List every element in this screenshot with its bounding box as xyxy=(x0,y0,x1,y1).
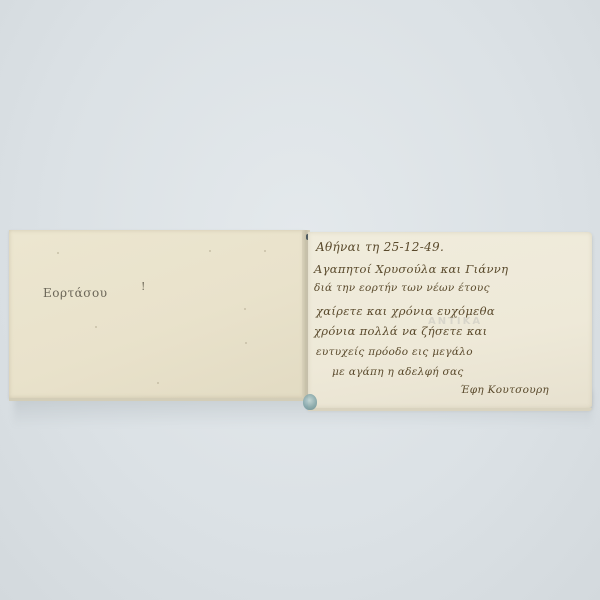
paper-speck xyxy=(264,250,266,252)
letter-line: διά την εορτήν των νέων έτους xyxy=(314,282,490,294)
photo-scene: Εορτάσου ! ΑΝΤΙΚΑ Αθήναι τη 25-12-49. Αγ… xyxy=(0,0,600,600)
greeting-card: Εορτάσου ! ΑΝΤΙΚΑ Αθήναι τη 25-12-49. Αγ… xyxy=(9,228,593,416)
ribbon-tassel xyxy=(303,394,317,410)
letter-line: με αγάπη η αδελφή σας xyxy=(332,366,464,378)
paper-speck xyxy=(244,308,246,310)
paper-speck xyxy=(57,252,59,254)
paper-speck xyxy=(157,382,159,384)
letter-line: Αγαπητοί Χρυσούλα και Γιάννη xyxy=(314,262,508,276)
left-page-handwriting: Εορτάσου xyxy=(43,286,108,300)
right-page-edge xyxy=(308,408,592,411)
left-page-edge xyxy=(9,398,304,401)
left-page: Εορτάσου ! xyxy=(9,230,304,398)
left-page-mark: ! xyxy=(141,280,146,293)
letter-line-date: Αθήναι τη 25-12-49. xyxy=(316,240,444,254)
letter-line: ευτυχείς πρόοδο εις μεγάλο xyxy=(316,346,473,358)
paper-speck xyxy=(209,250,211,252)
letter-line: χαίρετε και χρόνια ευχόμεθα xyxy=(316,304,495,318)
right-page: ΑΝΤΙΚΑ Αθήναι τη 25-12-49. Αγαπητοί Χρυσ… xyxy=(308,232,592,408)
paper-speck xyxy=(245,342,247,344)
paper-speck xyxy=(95,326,97,328)
signature: Έφη Κουτσουρη xyxy=(460,384,549,396)
letter-line: χρόνια πολλά να ζήσετε και xyxy=(314,324,487,338)
